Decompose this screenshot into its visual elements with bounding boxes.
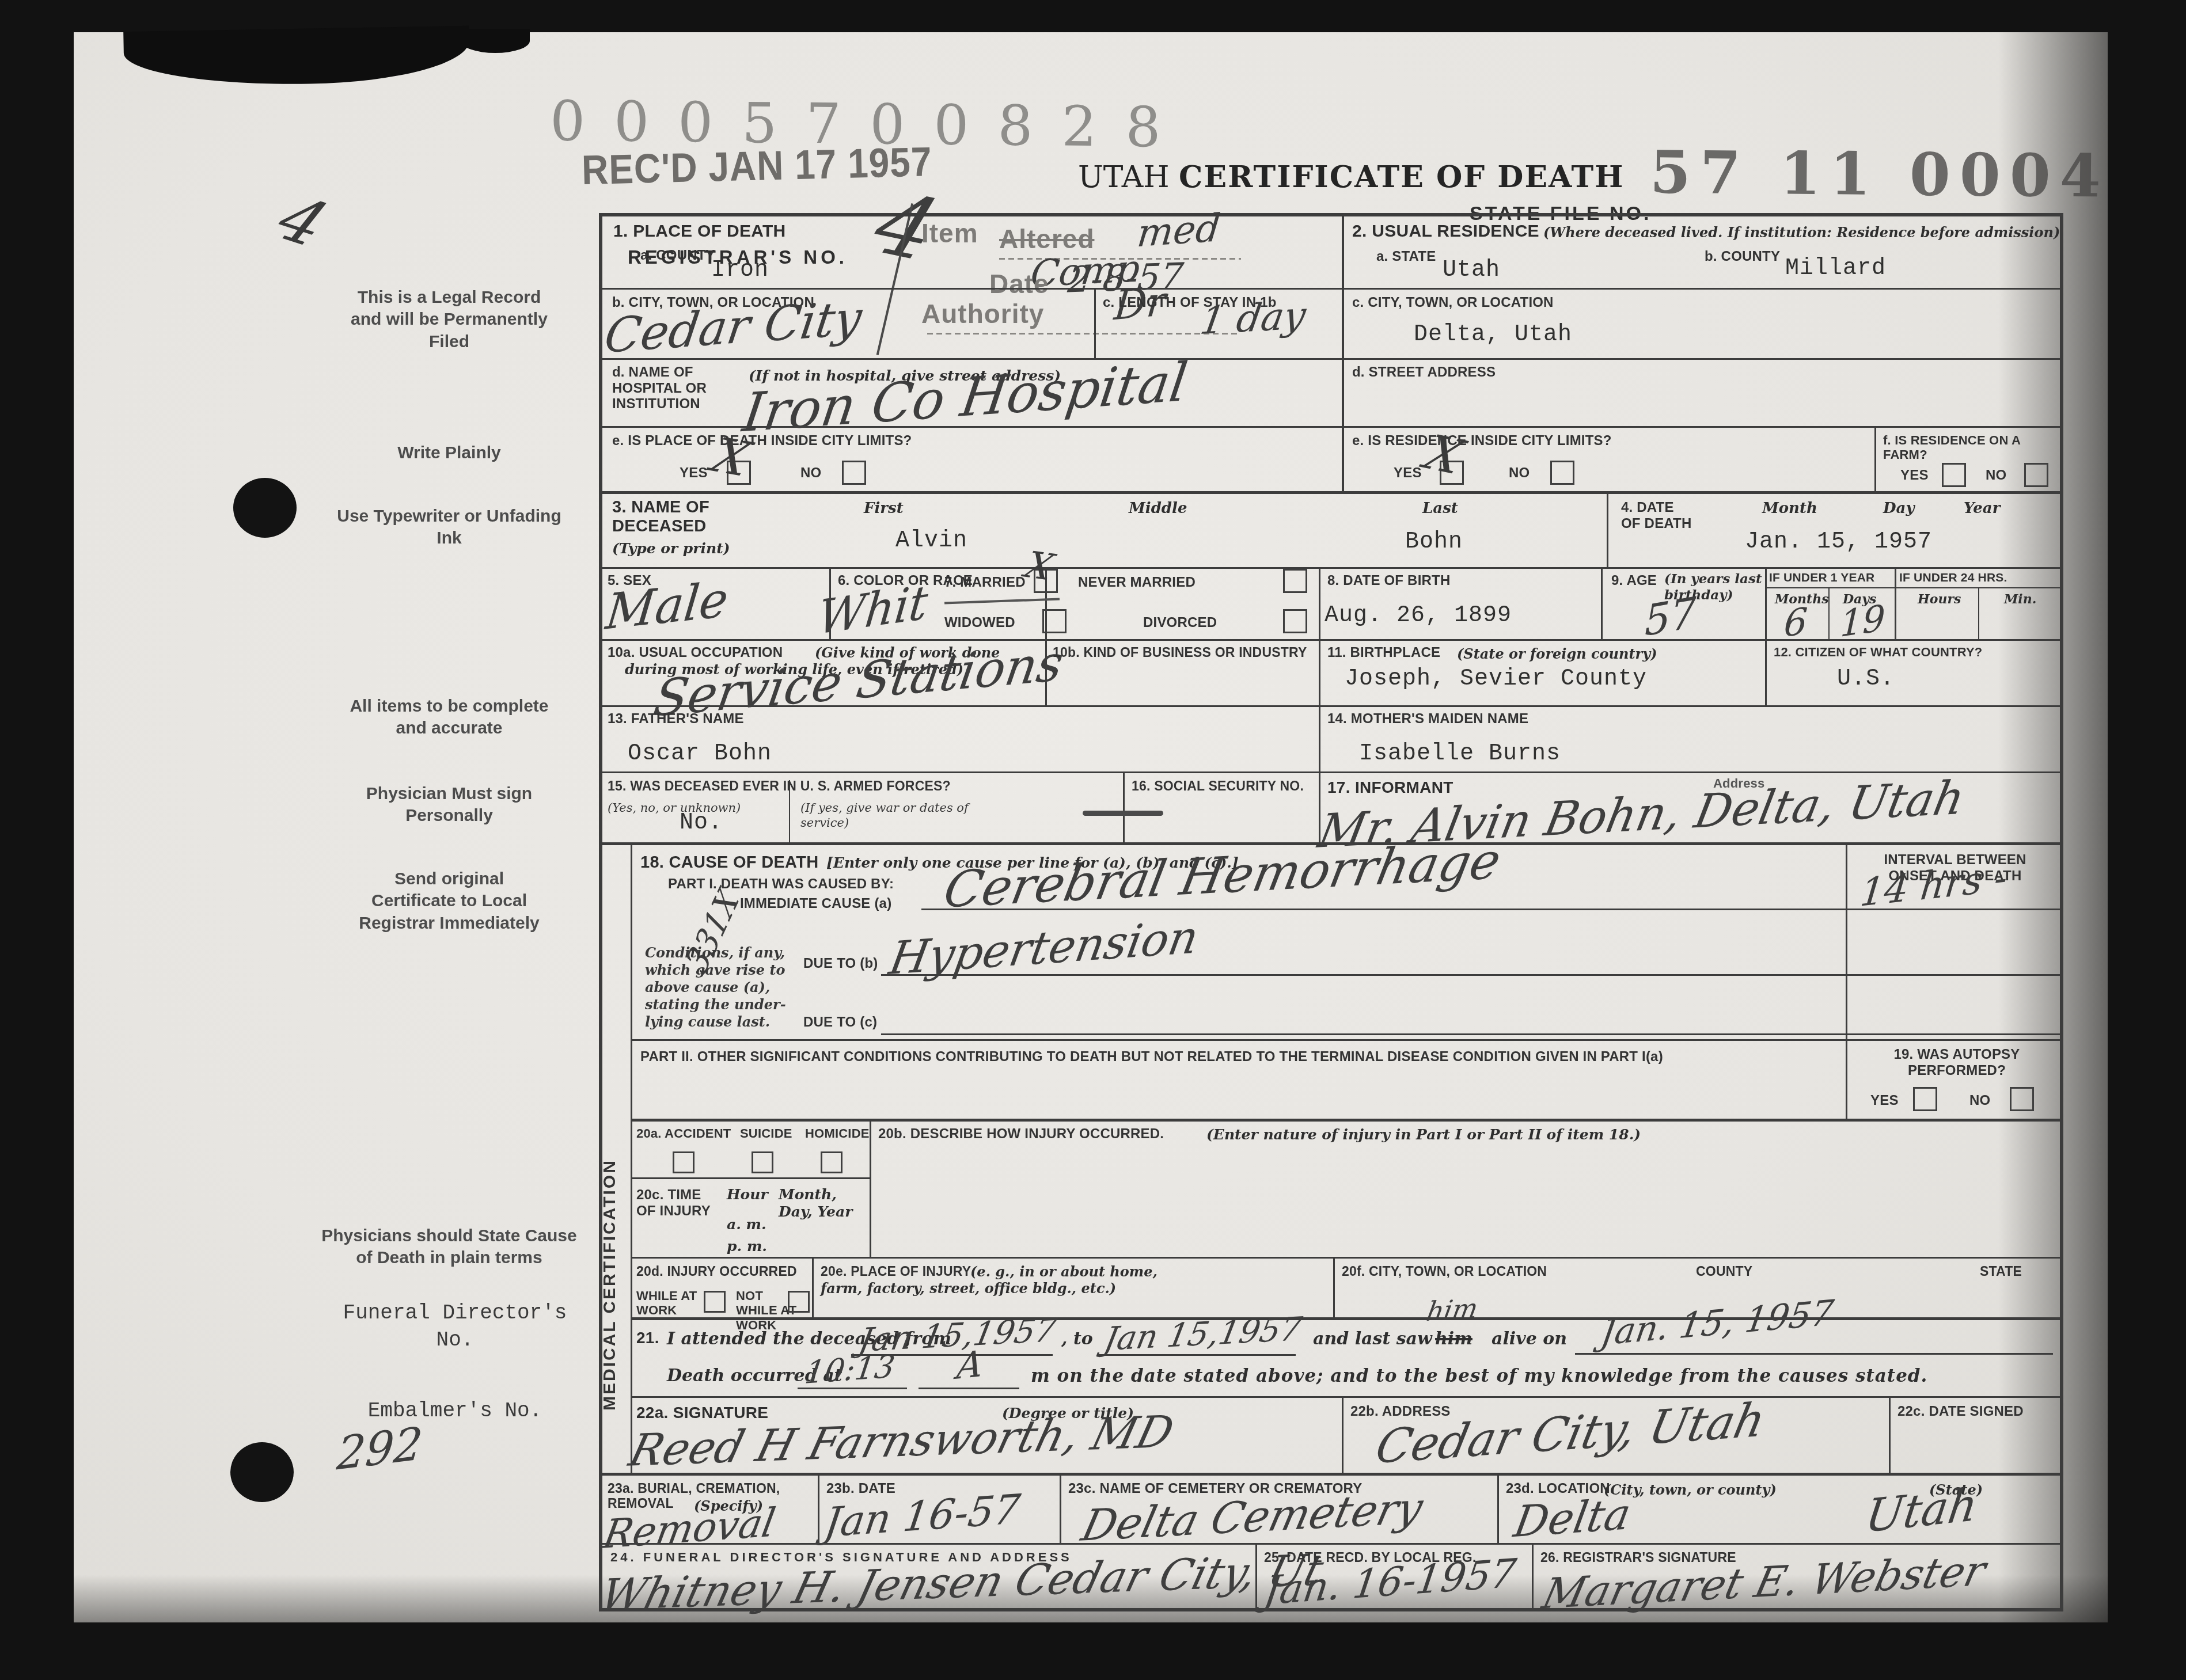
table-border-right (2060, 213, 2063, 1611)
title-certificate-of-death: CERTIFICATE OF DEATH (1179, 159, 1624, 195)
received-date-stamp: REC'D JAN 17 1957 (581, 141, 932, 191)
margin-plain-terms: Physicians should State Cause of Death i… (311, 1225, 587, 1269)
s20c-am-label: a. m. (727, 1216, 766, 1233)
date-stamp: Date (989, 271, 1049, 297)
s7-widowed-label: WIDOWED (944, 615, 1015, 631)
s9-hours-label: Hours (1918, 592, 1961, 607)
s23d-value: Delta (1511, 1492, 1634, 1544)
punch-hole-top (233, 478, 297, 538)
certificate-title: UTAH CERTIFICATE OF DEATH (1078, 162, 1624, 192)
authority-stamp: Authority (921, 301, 1044, 327)
s2e-yes-label: YES (1394, 465, 1422, 481)
s4-month-label: Month (1762, 500, 1817, 518)
s21-text4: alive on (1492, 1329, 1567, 1350)
s18-label: 18. CAUSE OF DEATH (640, 853, 818, 872)
s2e-label: e. IS RESIDENCE INSIDE CITY LIMITS? (1352, 433, 1612, 449)
rule-r1 (599, 288, 2062, 290)
vline-11-12 (1765, 639, 1767, 705)
death-certificate-scan: 0005700828 REC'D JAN 17 1957 REGISTRAR'S… (0, 0, 2186, 1680)
vline-20e-20f (1333, 1257, 1335, 1317)
rule-20a-bottom (631, 1177, 871, 1179)
margin-write-plainly: Write Plainly (340, 442, 559, 464)
s4-day-label: Day (1883, 500, 1915, 518)
margin-legal-record: This is a Legal Record and will be Perma… (340, 287, 559, 353)
s4-value: Jan. 15, 1957 (1745, 530, 1932, 555)
s21-him-handwritten: him (1425, 1295, 1480, 1325)
s20c-pm-label: p. m. (727, 1238, 767, 1255)
s2f-yes-checkbox (1942, 463, 1966, 487)
margin-send-original: Send original Certificate to Local Regis… (357, 868, 541, 934)
s1a-value: Iron (711, 258, 769, 283)
s21-ampm-value: A (955, 1345, 985, 1385)
rule-r14 (599, 1543, 2062, 1545)
s7-divorced-checkbox (1283, 609, 1307, 633)
item-stamp: Item (921, 220, 978, 246)
s15-label: 15. WAS DECEASED EVER IN U. S. ARMED FOR… (608, 778, 951, 793)
s20c-hour-label: Hour (727, 1186, 768, 1203)
vline-birth-age (1601, 567, 1603, 639)
s18-line-b (881, 974, 2062, 976)
vline-23b-23c (1060, 1474, 1061, 1543)
s20a-homicide-label: HOMICIDE (805, 1126, 870, 1141)
s2d-label: d. STREET ADDRESS (1352, 364, 1496, 381)
s2c-value: Delta, Utah (1414, 322, 1572, 348)
vline-22a-22b (1342, 1396, 1344, 1473)
title-utah: UTAH (1078, 160, 1170, 195)
s15-sub1: (Yes, no, or unknown) (608, 800, 746, 815)
s13-label: 13. FATHER'S NAME (608, 711, 744, 727)
s18-part1-label: PART I. DEATH WAS CAUSED BY: (668, 876, 894, 892)
s20a-label: 20a. ACCIDENT (636, 1126, 731, 1141)
s21-alive-underline (1575, 1353, 2053, 1355)
hline-age-sub (1765, 587, 2062, 588)
s18-immediate-label: IMMEDIATE CAUSE (a) (740, 896, 891, 912)
vline-medcert-strip (631, 843, 632, 1473)
s1e-yes-label: YES (680, 465, 708, 481)
vline-b-c-row2 (1094, 288, 1096, 358)
rule-r8 (599, 771, 2062, 773)
vline-col-2290 (1319, 567, 1320, 843)
s11-value: Joseph, Sevier County (1345, 667, 1647, 692)
s20a-accident-checkbox (673, 1151, 694, 1173)
rule-r11 (631, 1317, 2062, 1320)
s15-value: No. (680, 811, 723, 836)
s20d-while-checkbox (704, 1291, 726, 1313)
s20d-not-checkbox (788, 1291, 810, 1313)
s12-label: 12. CITIZEN OF WHAT COUNTRY? (1774, 645, 1982, 659)
s20d-label: 20d. INJURY OCCURRED (636, 1264, 797, 1279)
s3-last-label: Last (1422, 500, 1458, 518)
rule-r5 (599, 567, 2062, 569)
s2b-label: b. COUNTY (1705, 249, 1780, 265)
s3-first-value: Alvin (895, 529, 967, 554)
s1c-value: 1 day (1198, 297, 1308, 340)
s7-never-label: NEVER MARRIED (1078, 575, 1196, 591)
table-border-top (599, 213, 2063, 216)
vline-22b-22c (1889, 1396, 1891, 1473)
s19-yes-checkbox (1913, 1087, 1937, 1111)
s20a-suicide-checkbox (752, 1151, 773, 1173)
vline-box1-box2 (1342, 213, 1344, 493)
s2a-label: a. STATE (1376, 249, 1436, 265)
s8-label: 8. DATE OF BIRTH (1327, 573, 1450, 589)
vline-name-date (1607, 492, 1608, 567)
vline-25-26 (1532, 1543, 1534, 1608)
s13-value: Oscar Bohn (628, 742, 772, 767)
margin-funeral-directors-no: Funeral Director's No. (322, 1300, 587, 1354)
right-edge-shadow (1998, 32, 2108, 1622)
s21-text3: and last saw (1313, 1329, 1432, 1350)
s2c-label: c. CITY, TOWN, OR LOCATION (1352, 295, 1554, 311)
s2f-label: f. IS RESIDENCE ON A FARM? (1883, 433, 2056, 462)
s3-sublabel: (Type or print) (612, 540, 730, 557)
s2f-yes-label: YES (1900, 467, 1929, 484)
s11-sublabel: (State or foreign country) (1457, 646, 1657, 663)
margin-embalmers-no: Embalmer's No. (328, 1398, 582, 1425)
s4-label: 4. DATE OF DEATH (1621, 500, 1696, 531)
s20b-sublabel: (Enter nature of injury in Part I or Par… (1206, 1126, 1641, 1143)
s18-due-b-label: DUE TO (b) (803, 956, 878, 972)
s9-months-value: 6 (1783, 603, 1809, 643)
s20f-county-label: COUNTY (1696, 1264, 1752, 1279)
s22c-label: 22c. DATE SIGNED (1897, 1404, 2024, 1420)
s14-value: Isabelle Burns (1359, 742, 1561, 767)
s19-label: 19. WAS AUTOPSY PERFORMED? (1865, 1047, 2049, 1078)
punch-hole-bottom (230, 1442, 294, 1502)
s9-under24-label: IF UNDER 24 HRS. (1899, 571, 2007, 585)
vline-interval-col (1846, 843, 1847, 1119)
s2-sublabel: (Where deceased lived. If institution: R… (1543, 225, 2060, 241)
s19-no-checkbox (2010, 1087, 2034, 1111)
s23a-value: Removal (600, 1503, 778, 1555)
s5-value: Male (604, 575, 730, 637)
s12-value: U.S. (1837, 667, 1895, 692)
rule-20b-bottom (631, 1257, 2062, 1259)
s1e-no-label: NO (800, 465, 821, 481)
s18-part2-label: PART II. OTHER SIGNIFICANT CONDITIONS CO… (640, 1049, 1804, 1065)
s18-conditions-label: Conditions, if any, which gave rise to a… (645, 944, 789, 1031)
s21-him-printed: him (1435, 1329, 1472, 1350)
vline-farm (1874, 426, 1876, 492)
s21-time-underline (798, 1388, 907, 1389)
s16-label: 16. SOCIAL SECURITY NO. (1132, 778, 1304, 793)
medical-certification-vertical-label: MEDICAL CERTIFICATION (601, 1031, 618, 1411)
s2-label: 2. USUAL RESIDENCE (1352, 222, 1539, 242)
s20c-mdy-label: Month, Day, Year (779, 1186, 871, 1221)
s9-min-label: Min. (2004, 592, 2036, 607)
margin-use-typewriter: Use Typewriter or Unfading Ink (322, 505, 576, 550)
s19-yes-label: YES (1870, 1093, 1899, 1109)
s21-time-value: 10:13 (803, 1351, 897, 1389)
s11-label: 11. BIRTHPLACE (1327, 645, 1440, 661)
s1-label: 1. PLACE OF DEATH (613, 222, 786, 242)
s20a-homicide-checkbox (821, 1151, 842, 1173)
s7-widowed-checkbox (1042, 609, 1067, 633)
margin-all-items: All items to be complete and accurate (346, 695, 553, 740)
torn-edge-blob-small (461, 29, 530, 53)
state-file-no-value: 57 11 0004 (1650, 143, 2111, 206)
s2b-value: Millard (1785, 256, 1886, 282)
vline-15-16 (1123, 771, 1125, 842)
s7-married-label: 7. MARRIED (944, 575, 1026, 591)
s18-line-c (881, 1033, 2062, 1035)
s4-year-label: Year (1964, 500, 2000, 518)
vline-under24 (1895, 567, 1896, 639)
rule-r2 (599, 358, 2062, 360)
s9-label: 9. AGE (1611, 573, 1657, 589)
s7-divorced-label: DIVORCED (1143, 615, 1217, 631)
s20c-label: 20c. TIME OF INJURY (636, 1187, 723, 1219)
s20f-state-label: STATE (1980, 1264, 2022, 1279)
s22a-label: 22a. SIGNATURE (636, 1404, 768, 1422)
vline-hours-min (1978, 587, 1979, 639)
s18-due-c-label: DUE TO (c) (803, 1014, 877, 1031)
s9-days-value: 19 (1839, 600, 1885, 643)
s23d-state-value: Utah (1863, 1482, 1980, 1540)
s20f-label: 20f. CITY, TOWN, OR LOCATION (1342, 1264, 1547, 1279)
s1e-no-checkbox (842, 461, 866, 485)
s21-num: 21. (636, 1329, 659, 1347)
margin-physician-sign: Physician Must sign Personally (357, 783, 541, 827)
s17-label: 17. INFORMANT (1327, 778, 1453, 797)
vline-23c-23d (1497, 1474, 1499, 1543)
s19-no-label: NO (1969, 1093, 1990, 1109)
s8-value: Aug. 26, 1899 (1324, 603, 1512, 629)
s20d-while-label: WHILE AT WORK (636, 1288, 700, 1318)
embalmers-no-value: 292 (335, 1421, 424, 1477)
s1d-label: d. NAME OF HOSPITAL OR INSTITUTION (612, 364, 736, 412)
vline-23a-23b (818, 1474, 819, 1543)
s15-sub2: (If yes, give war or dates of service) (800, 800, 1019, 831)
s20e-sublabel: (e. g., in or about home, farm, factory,… (821, 1264, 1166, 1297)
s3-last-value: Bohn (1405, 530, 1463, 555)
s20b-label: 20b. DESCRIBE HOW INJURY OCCURRED. (878, 1126, 1164, 1142)
s2e-no-checkbox (1550, 461, 1574, 485)
rule-r12 (631, 1396, 2062, 1398)
altered-stamp: Altered (999, 226, 1094, 252)
s2f-no-checkbox (2024, 463, 2048, 487)
s21-ampm-underline (919, 1388, 1019, 1389)
s20a-suicide-label: SUICIDE (740, 1126, 792, 1141)
s2e-no-label: NO (1509, 465, 1530, 481)
rule-r4 (599, 491, 2062, 494)
s3-first-label: First (864, 500, 904, 518)
s1a-label: a. COUNTY (640, 248, 715, 264)
s3-middle-label: Middle (1129, 500, 1187, 518)
s2f-no-label: NO (1986, 467, 2006, 484)
s9-under1-label: IF UNDER 1 YEAR (1769, 571, 1874, 585)
rule-r10 (631, 1119, 2062, 1122)
s7-never-checkbox (1283, 569, 1307, 593)
authority-dotted-underline (927, 333, 1238, 335)
s14-label: 14. MOTHER'S MAIDEN NAME (1327, 711, 1528, 727)
s2a-value: Utah (1443, 258, 1500, 283)
s1e-label: e. IS PLACE OF DEATH INSIDE CITY LIMITS? (612, 433, 912, 449)
vline-20d-20e (812, 1257, 814, 1317)
s21-to-underline (1097, 1354, 1296, 1356)
s21-text2: , to (1061, 1329, 1093, 1350)
s10b-label: 10b. KIND OF BUSINESS OR INDUSTRY (1053, 645, 1307, 660)
s9-value: 57 (1645, 591, 1697, 642)
s3-label: 3. NAME OF DECEASED (612, 498, 733, 537)
s16-dash-mark (1083, 811, 1163, 816)
s21-text6: m on the date stated above; and to the b… (1031, 1366, 1927, 1387)
